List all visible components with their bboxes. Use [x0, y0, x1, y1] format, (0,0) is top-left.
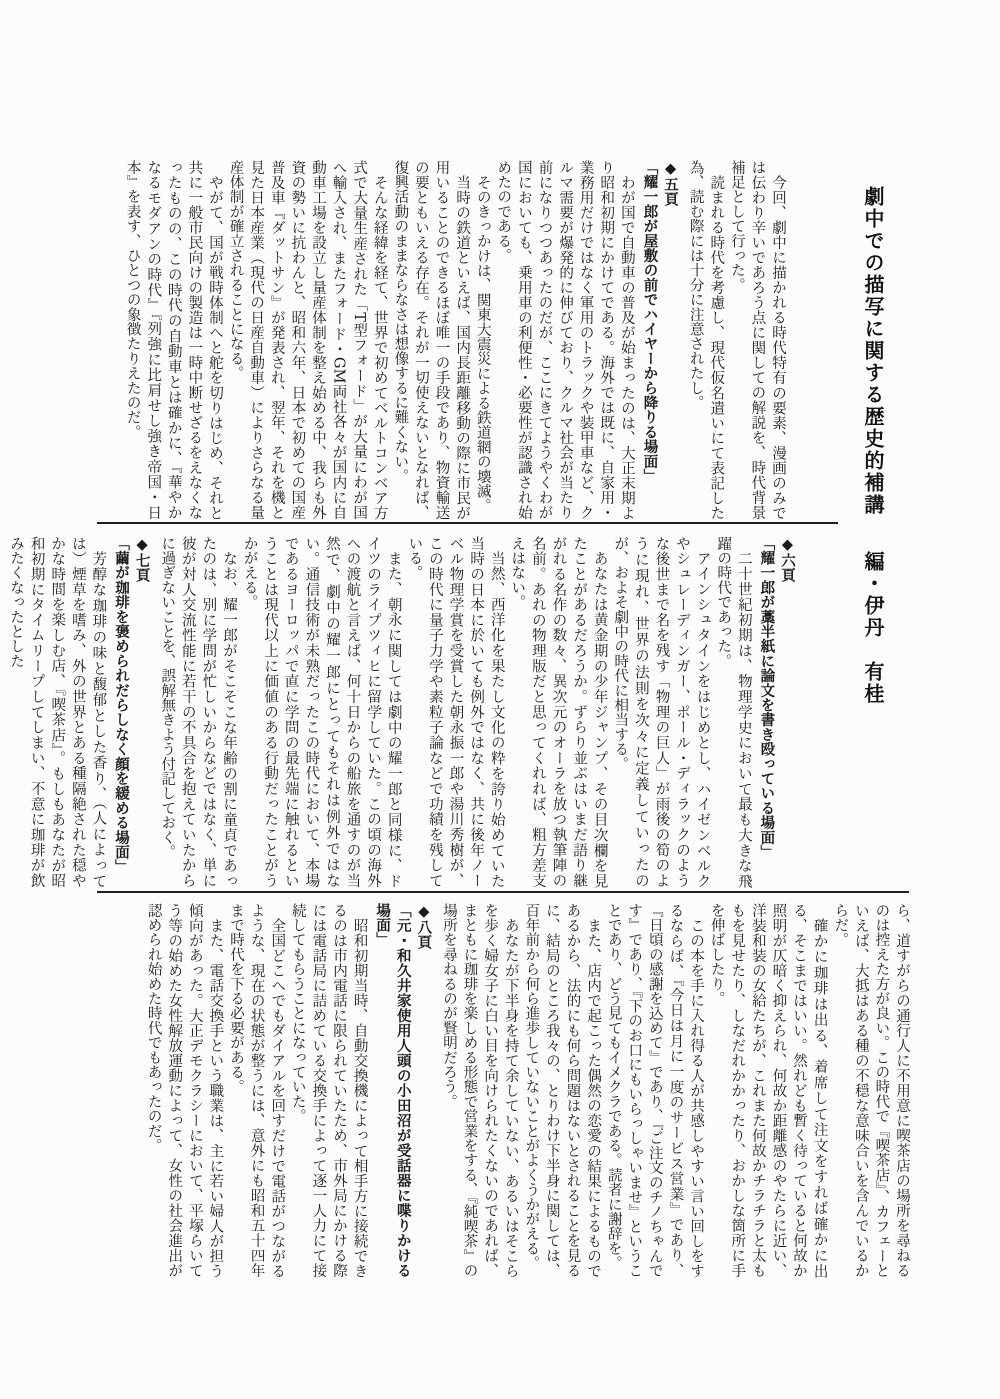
- divider-rule: [97, 522, 838, 524]
- scene-title: 「元・和久井家使用人頭の小田沼が受話器に喋りかける場面」: [372, 903, 413, 1278]
- body-paragraph: そのきっかけは、関東大震災による鉄道網の壊滅。: [472, 160, 493, 520]
- section-marker: ◆八頁: [413, 903, 434, 1278]
- body-paragraph: また、朝永に関しては劇中の耀一郎と同様に、ドイツのライプツィヒに留学していた。こ…: [239, 536, 404, 888]
- body-paragraph: また、店内で起こった偶然の恋愛の結果によるものであるから、法的にも何ら問題はない…: [521, 903, 603, 1278]
- section-page7: ◆七頁 「繭が珈琲を褒められだらしなく顔を緩める場面」 芳醇な珈琲の味と馥郁とし…: [5, 536, 151, 888]
- section-page7-continued: ら、道すがらの通行人に不用意に喫茶店の場所を尋ねるのは控えた方が良い。この時代で…: [438, 903, 912, 1278]
- editor-credit: 編・伊丹 有桂: [861, 551, 885, 705]
- body-paragraph: アインシュタインをはじめとし、ハイゼンベルクやシュレーディンガー、ポール・ディラ…: [610, 536, 713, 888]
- body-paragraph: なお、耀一郎がそこそこな年齢の割に童貞であったのは、別に学問が忙しいからなどでは…: [157, 536, 239, 888]
- middle-band: ◆六頁 「耀一郎が藁半紙に論文を書き殴っている場面」 二十世紀初期は、物理学史に…: [5, 536, 802, 888]
- scene-title: 「耀一郎が屋敷の前でハイヤーから降りる場面」: [639, 160, 660, 520]
- divider-rule: [97, 891, 909, 893]
- body-paragraph: わが国で自動車の普及が始まったのは、大正末期より昭和初期にかけてである。海外では…: [493, 160, 637, 520]
- scene-title: 「繭が珈琲を褒められだらしなく顔を緩める場面」: [110, 536, 131, 888]
- body-paragraph: やがて、国が戦時体制へと舵を切りはじめ、それと共に一般市民向けの製造は一時中断せ…: [122, 160, 225, 520]
- intro-paragraph: 読まれる時代を考慮し、現代仮名遣いにて表記した為、読む際には十分に注意されたし。: [685, 160, 726, 520]
- intro-block: 今回、劇中に描かれる時代特有の要素、漫画のみでは伝わり辛いであろう点に関しての解…: [685, 160, 788, 520]
- intro-paragraph: 今回、劇中に描かれる時代特有の要素、漫画のみでは伝わり辛いであろう点に関しての解…: [726, 160, 788, 520]
- section-page6: ◆六頁 「耀一郎が藁半紙に論文を書き殴っている場面」 二十世紀初期は、物理学史に…: [157, 536, 797, 888]
- section-page8: ◆八頁 「元・和久井家使用人頭の小田沼が受話器に喋りかける場面」 昭和初期当時、…: [143, 903, 433, 1278]
- body-paragraph: 芳醇な珈琲の味と馥郁とした香り、（人によっては）煙草を嗜み、外の世界とある種隔絶…: [5, 536, 108, 888]
- top-band: 今回、劇中に描かれる時代特有の要素、漫画のみでは伝わり辛いであろう点に関しての解…: [122, 160, 788, 520]
- body-paragraph: 確かに珈琲は出る、着席して注文をすれば確かに出る、そこまではいい。然れども暫く待…: [706, 903, 830, 1278]
- body-paragraph: そんな経緯を経て、世界で初めてベルトコンベア方式で大量生産された「T型フォード」…: [225, 160, 390, 520]
- body-paragraph: あなたが下半身を持て余していない、あるいはそこらを歩く婦女子に白い目を向けられた…: [438, 903, 520, 1278]
- body-paragraph: この本を手に入れ得る人が共感しやすい言い回しをするならば、『今日は月に一度のサー…: [603, 903, 706, 1278]
- page-title: 劇中での描写に関する歴史的補講: [861, 186, 885, 516]
- bottom-band: ら、道すがらの通行人に不用意に喫茶店の場所を尋ねるのは控えた方が良い。この時代で…: [143, 903, 912, 1278]
- section-marker: ◆五頁: [659, 160, 680, 520]
- section-marker: ◆七頁: [131, 536, 152, 888]
- body-paragraph: ら、道すがらの通行人に不用意に喫茶店の場所を尋ねるのは控えた方が良い。この時代で…: [830, 903, 912, 1278]
- section-page5: ◆五頁 「耀一郎が屋敷の前でハイヤーから降りる場面」 わが国で自動車の普及が始ま…: [122, 160, 680, 520]
- body-paragraph: また、電話交換手という職業は、主に若い婦人が担う傾向があった。大正デモクラシーに…: [143, 903, 225, 1278]
- body-paragraph: 当然、西洋化を果たし文化の粋を誇り始めていた当時の日本に於いても例外ではなく、共…: [404, 536, 507, 888]
- body-paragraph: 二十世紀初期は、物理学史において最も大きな飛躍の時代であった。: [713, 536, 754, 888]
- body-paragraph: 全国どこへでもダイアルを回すだけで電話がつながるような、現在の状態が整うには、意…: [225, 903, 287, 1278]
- body-paragraph: あなたは黄金期の少年ジャンプ、その目次欄を見たことがあるだろうか。ずらり並ぶはい…: [507, 536, 610, 888]
- body-paragraph: 当時の鉄道といえば、国内長距離移動の際に市民が用いることのできるほぼ唯一の手段で…: [390, 160, 472, 520]
- body-paragraph: 昭和初期当時、自動交換機によって相手方に接続できるのは市内電話に限られていたため…: [287, 903, 369, 1278]
- section-marker: ◆六頁: [776, 536, 797, 888]
- document-page: 劇中での描写に関する歴史的補講 編・伊丹 有桂 今回、劇中に描かれる時代特有の要…: [0, 0, 1000, 1399]
- scene-title: 「耀一郎が藁半紙に論文を書き殴っている場面」: [756, 536, 777, 888]
